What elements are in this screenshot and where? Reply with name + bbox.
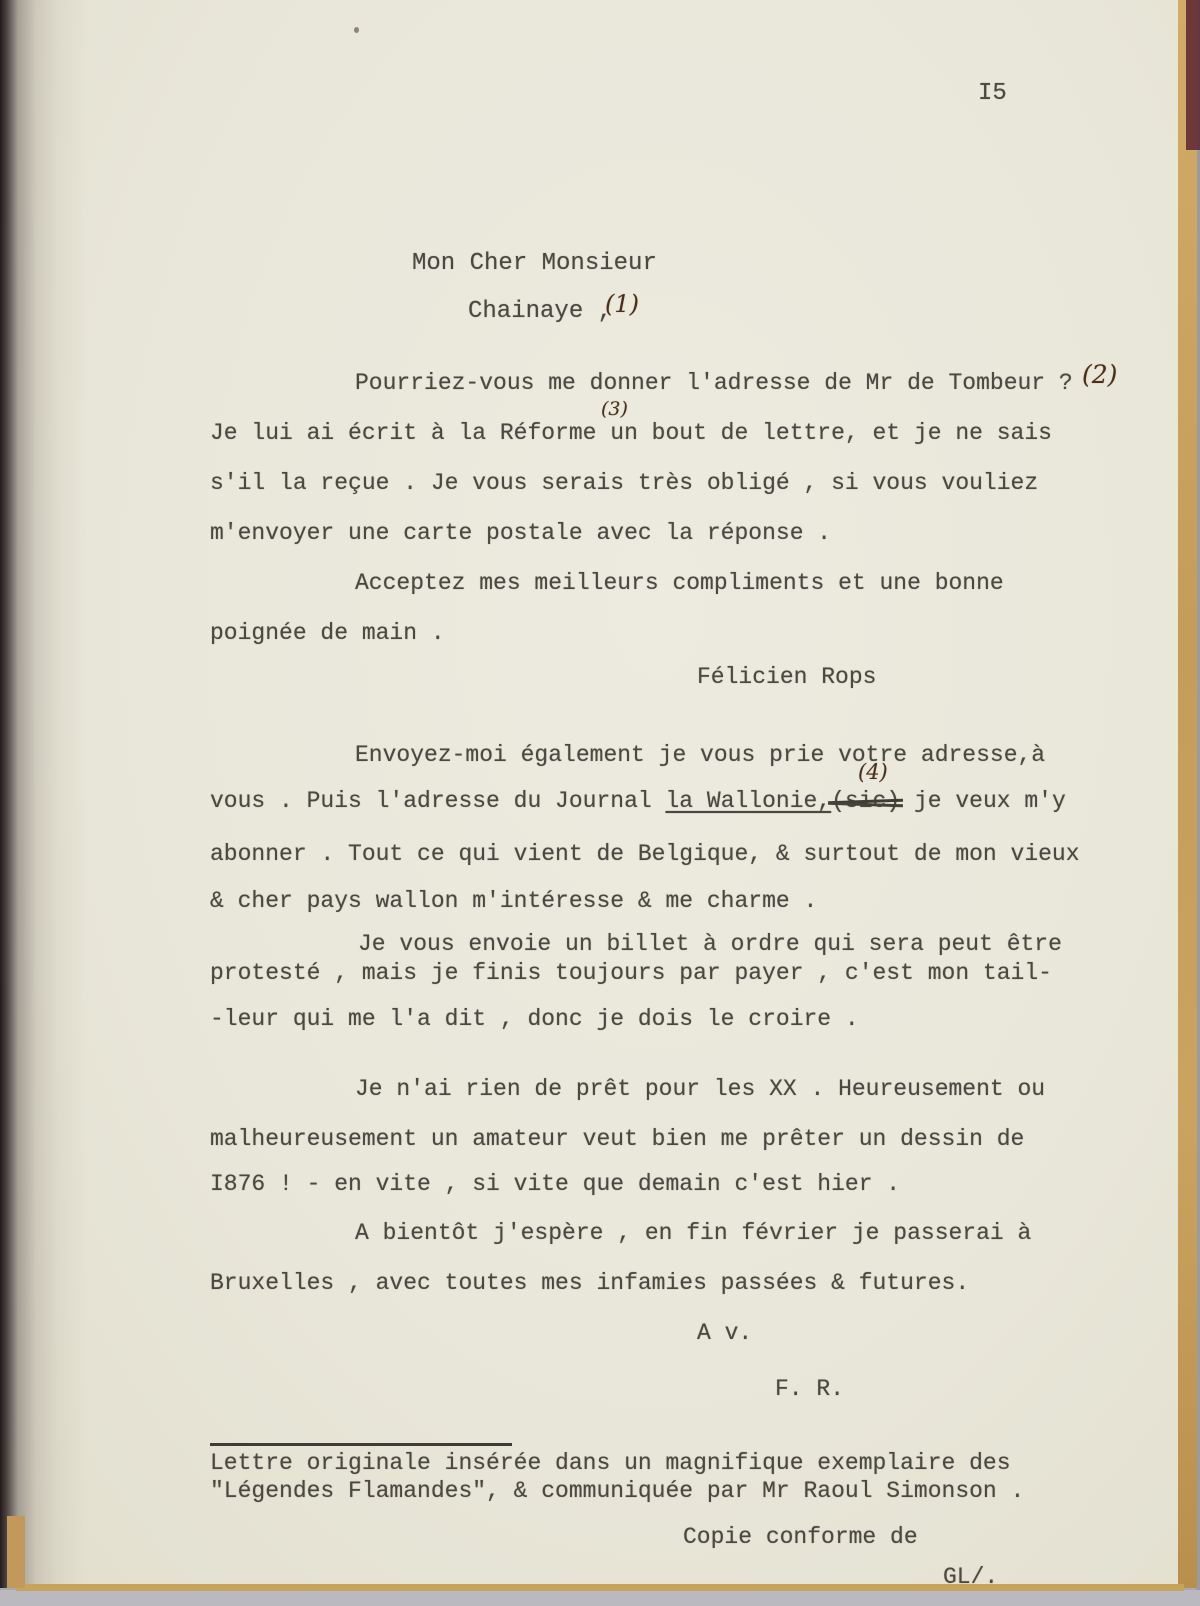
page-edge-bottom (16, 1584, 1184, 1591)
letter-line-wallonie: vous . Puis l'adresse du Journal la Wall… (210, 790, 1066, 813)
cover-edge-top-right (1186, 0, 1200, 150)
certification-line: Copie conforme de (683, 1526, 918, 1549)
salutation-line-2: Chainaye , (468, 300, 612, 324)
letter-line: protesté , mais je finis toujours par pa… (210, 962, 1052, 985)
letter-line: I876 ! - en vite , si vite que demain c'… (210, 1173, 900, 1196)
handwritten-note-2: (2) (1082, 360, 1117, 389)
closing-av: A v. (697, 1322, 752, 1345)
page-edge-bottom-left (7, 1516, 25, 1588)
page-number: I5 (978, 82, 1007, 106)
letter-line: -leur qui me l'a dit , donc je dois le c… (210, 1008, 859, 1031)
letter-line: abonner . Tout ce qui vient de Belgique,… (210, 843, 1080, 866)
journal-title-underlined: la Wallonie, (665, 788, 831, 814)
letter-line: Envoyez-moi également je vous prie votre… (355, 744, 1045, 767)
letter-line: poignée de main . (210, 622, 445, 645)
footnote-line-1: Lettre originale insérée dans un magnifi… (210, 1452, 1011, 1475)
letter-line: Je lui ai écrit à la Réforme un bout de … (210, 422, 1052, 445)
struck-out-word: (sic) (831, 790, 900, 813)
letter-line: A bientôt j'espère , en fin février je p… (355, 1222, 1031, 1245)
handwritten-note-4: (4) (858, 760, 888, 784)
clerk-initials: GL/. (943, 1566, 998, 1589)
signature: Félicien Rops (697, 666, 876, 689)
handwritten-note-1: (1) (605, 290, 639, 318)
background-bottom (0, 1590, 1200, 1606)
letter-line: Bruxelles , avec toutes mes infamies pas… (210, 1272, 969, 1295)
wallonie-pre: vous . Puis l'adresse du Journal (210, 788, 665, 814)
letter-line: & cher pays wallon m'intéresse & me char… (210, 890, 817, 913)
letter-line: s'il la reçue . Je vous serais très obli… (210, 472, 1038, 495)
letter-line: Je n'ai rien de prêt pour les XX . Heure… (355, 1078, 1045, 1101)
footnote-rule (210, 1443, 512, 1446)
book-page-photo: I5 Mon Cher Monsieur Chainaye , (1) Pour… (0, 0, 1200, 1606)
paper-speck (354, 27, 359, 33)
closing-initials: F. R. (775, 1378, 844, 1401)
letter-line: Je vous envoie un billet à ordre qui ser… (358, 933, 1062, 956)
letter-line: malheureusement un amateur veut bien me … (210, 1128, 1024, 1151)
page-edge-right (1178, 0, 1197, 1588)
handwritten-note-3: (3) (601, 398, 628, 420)
letter-line: m'envoyer une carte postale avec la répo… (210, 522, 831, 545)
letter-line: Pourriez-vous me donner l'adresse de Mr … (355, 372, 1073, 395)
wallonie-post: je veux m'y (900, 788, 1066, 814)
letter-line: Acceptez mes meilleurs compliments et un… (355, 572, 1004, 595)
footnote-line-2: "Légendes Flamandes", & communiquée par … (210, 1480, 1024, 1503)
salutation-line-1: Mon Cher Monsieur (412, 252, 657, 276)
